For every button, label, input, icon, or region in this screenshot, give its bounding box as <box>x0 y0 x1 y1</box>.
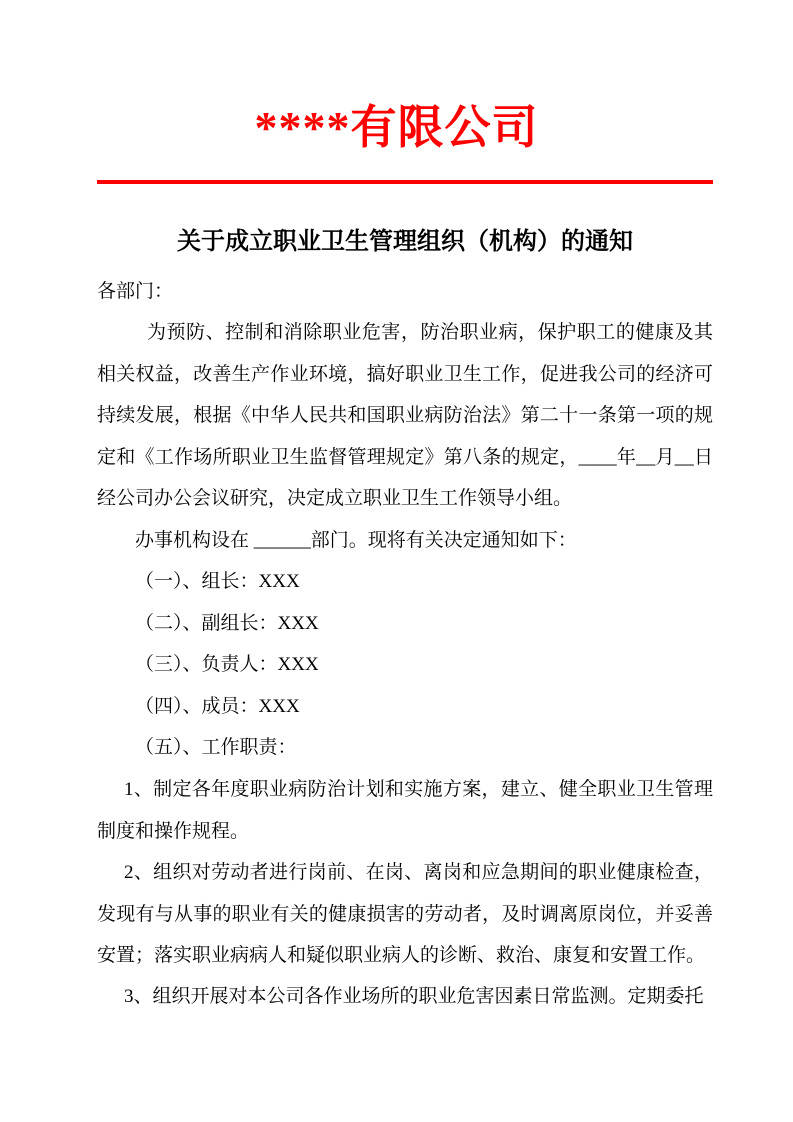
list-item-person-in-charge: （三）、负责人：XXX <box>97 644 713 686</box>
company-name-header: ****有限公司 <box>0 96 793 160</box>
paragraph-intro: 为预防、控制和消除职业危害，防治职业病，保护职工的健康及其相关权益，改善生产作业… <box>97 312 713 520</box>
duty-paragraph-1: 1、制定各年度职业病防治计划和实施方案，建立、健全职业卫生管理制度和操作规程。 <box>97 769 713 852</box>
document-title: 关于成立职业卫生管理组织（机构）的通知 <box>97 222 713 263</box>
list-item-duties-heading: （五）、工作职责： <box>97 727 713 769</box>
duty-paragraph-3: 3、组织开展对本公司各作业场所的职业危害因素日常监测。定期委托 <box>97 976 713 1018</box>
list-item-deputy-leader: （二）、副组长：XXX <box>97 603 713 645</box>
list-item-members: （四）、成员：XXX <box>97 686 713 728</box>
list-item-leader: （一）、组长：XXX <box>97 561 713 603</box>
document-page: ****有限公司 关于成立职业卫生管理组织（机构）的通知 各部门： 为预防、控制… <box>0 0 793 1122</box>
duty-paragraph-2: 2、组织对劳动者进行岗前、在岗、离岗和应急期间的职业健康检查，发现有与从事的职业… <box>97 852 713 977</box>
salutation: 各部门： <box>97 271 713 313</box>
header-divider-rule <box>97 180 713 184</box>
paragraph-office-note: 办事机构设在 ______部门。现将有关决定通知如下： <box>97 520 713 562</box>
